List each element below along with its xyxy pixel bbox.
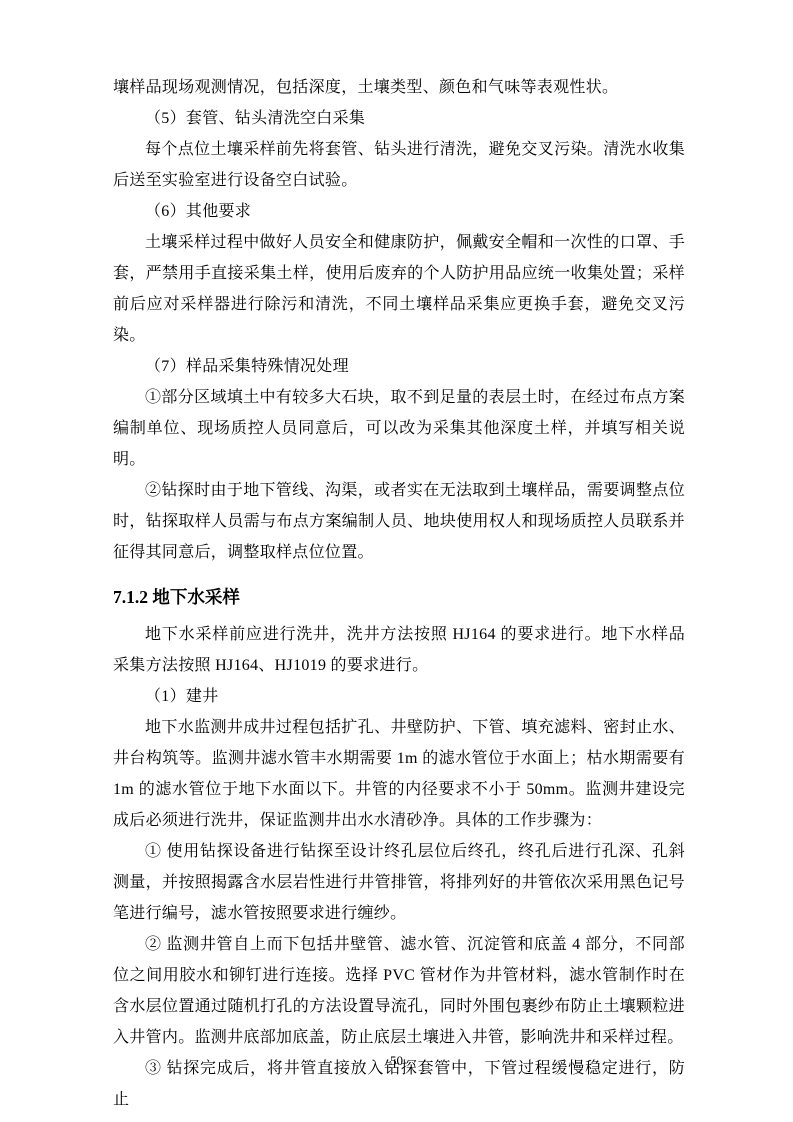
page-footer: 50 [0,1052,793,1070]
paragraph-item7-note2: ②钻探时由于地下管线、沟渠，或者实在无法取到土壤样品，需要调整点位时，钻探取样人… [113,475,685,568]
paragraph-item6-title: （6）其他要求 [113,196,685,227]
page-content: 壤样品现场观测情况，包括深度，土壤类型、颜色和气味等表观性状。 （5）套管、钻头… [113,72,685,1115]
paragraph-step2: ② 监测井管自上而下包括井壁管、滤水管、沉淀管和底盖 4 部分，不同部位之间用胶… [113,929,685,1053]
section-heading-7-1-2: 7.1.2 地下水采样 [113,582,685,613]
paragraph-item7-note1: ①部分区域填土中有较多大石块，取不到足量的表层土时，在经过布点方案编制单位、现场… [113,382,685,475]
page-number: 50 [390,1053,403,1068]
paragraph-continuation: 壤样品现场观测情况，包括深度，土壤类型、颜色和气味等表观性状。 [113,72,685,103]
paragraph-item5-body: 每个点位土壤采样前先将套管、钻头进行清洗，避免交叉污染。清洗水收集后送至实验室进… [113,134,685,196]
paragraph-step1: ① 使用钻探设备进行钻探至设计终孔层位后终孔，终孔后进行孔深、孔斜测量，并按照揭… [113,836,685,929]
paragraph-well-construction-body: 地下水监测井成井过程包括扩孔、井壁防护、下管、填充滤料、密封止水、井台构筑等。监… [113,712,685,836]
paragraph-item5-title: （5）套管、钻头清洗空白采集 [113,103,685,134]
document-page: 壤样品现场观测情况，包括深度，土壤类型、颜色和气味等表观性状。 （5）套管、钻头… [0,0,793,1122]
paragraph-well-construction-title: （1）建井 [113,681,685,712]
paragraph-item7-title: （7）样品采集特殊情况处理 [113,351,685,382]
paragraph-groundwater-intro: 地下水采样前应进行洗井，洗井方法按照 HJ164 的要求进行。地下水样品采集方法… [113,619,685,681]
paragraph-item6-body: 土壤采样过程中做好人员安全和健康防护，佩戴安全帽和一次性的口罩、手套，严禁用手直… [113,227,685,351]
